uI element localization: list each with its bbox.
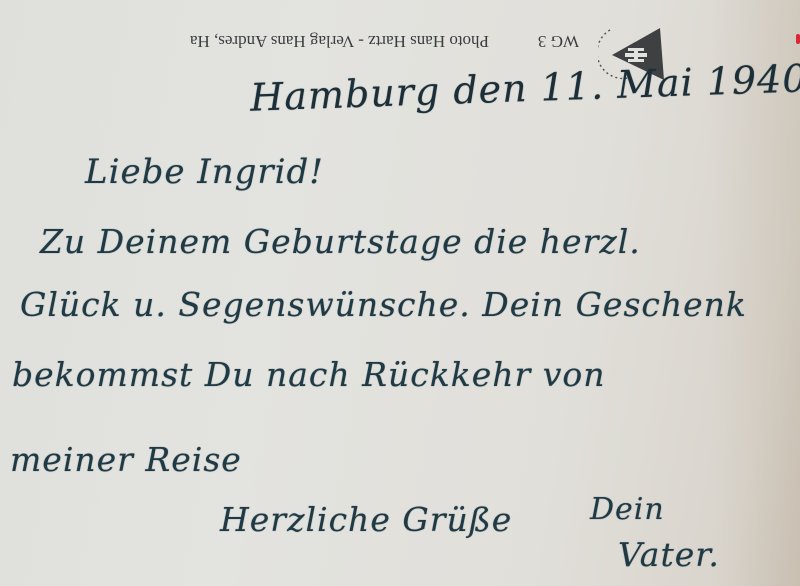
series-code: WG 3 — [538, 26, 579, 56]
photo-publisher-credit: Photo Hans Hartz - Verlag Hans Andres, H… — [190, 26, 489, 56]
signature-dein: Dein — [590, 492, 665, 527]
red-ink-mark — [796, 34, 800, 44]
salutation: Liebe Ingrid! — [85, 152, 324, 192]
body-line-4: meiner Reise — [10, 440, 242, 479]
body-line-3: bekommst Du nach Rückkehr von — [12, 355, 606, 394]
signature-vater: Vater. — [618, 535, 720, 574]
printed-imprint: WG 3 Photo Hans Hartz - Verlag Hans Andr… — [0, 26, 579, 56]
closing: Herzliche Grüße — [220, 500, 512, 539]
postcard: WG 3 Photo Hans Hartz - Verlag Hans Andr… — [0, 0, 800, 586]
body-line-1: Zu Deinem Geburtstage die herzl. — [40, 222, 641, 261]
body-line-2: Glück u. Segenswünsche. Dein Geschenk — [20, 285, 747, 324]
